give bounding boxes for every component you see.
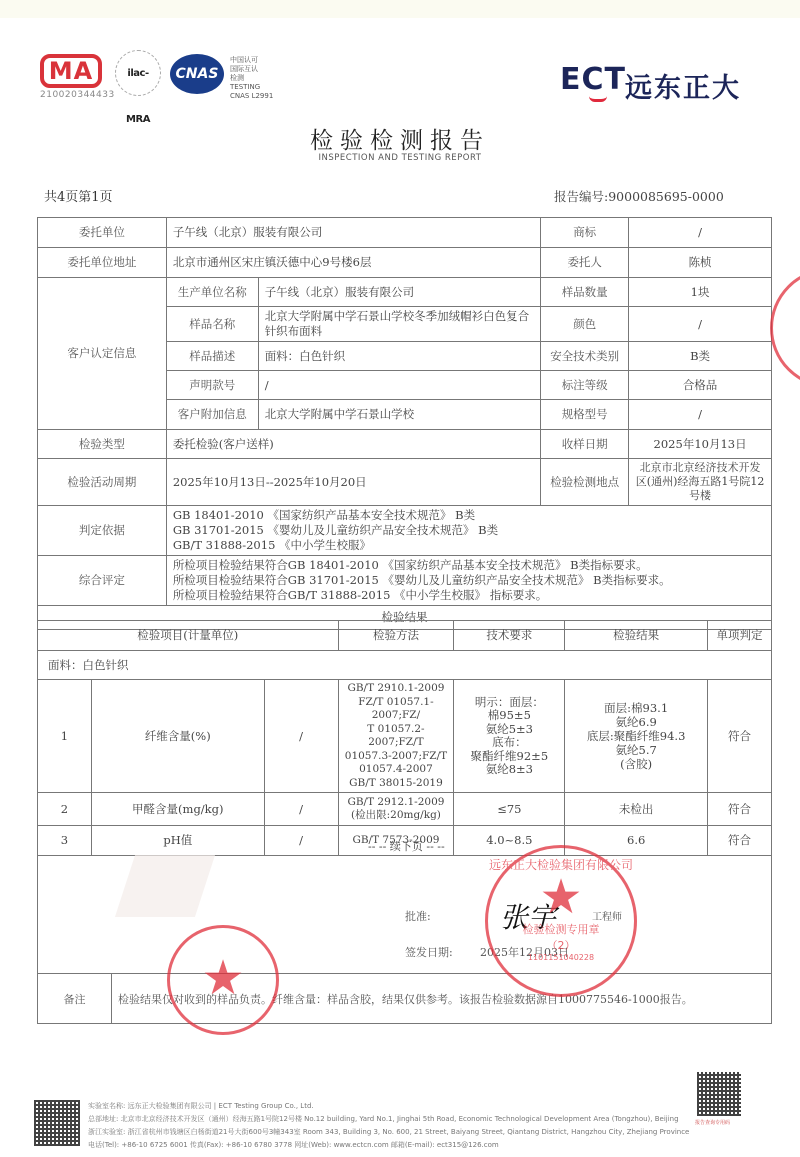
receive-date-label: 收样日期 xyxy=(541,430,629,459)
conclusion-label: 综合评定 xyxy=(38,556,167,606)
row-sub: / xyxy=(264,680,338,793)
color-label: 颜色 xyxy=(541,307,629,342)
info-table: 委托单位 子午线（北京）服装有限公司 商标 / 委托单位地址 北京市通州区宋庄镇… xyxy=(37,217,772,630)
grade-label: 标注等级 xyxy=(541,371,629,400)
secondary-seal-stamp: ★ xyxy=(167,925,279,1035)
basis-line: GB 31701-2015 《婴幼儿及儿童纺织产品安全技术规范》 B类 xyxy=(173,523,765,538)
req-line: 氨纶8±3 xyxy=(458,763,560,777)
table-row: 2 甲醛含量(mg/kg) / GB/T 2912.1-2009 (检出限:20… xyxy=(38,793,772,826)
quantity-value: 1块 xyxy=(629,278,772,307)
safety-category-label: 安全技术类别 xyxy=(541,342,629,371)
method-line: GB/T 38015-2019 xyxy=(343,777,450,791)
note-label: 备注 xyxy=(38,974,112,1024)
row-verdict: 符合 xyxy=(708,680,772,793)
req-line: 明示：面层： xyxy=(458,696,560,710)
row-sub: / xyxy=(264,793,338,826)
manufacturer-value: 子午线（北京）服装有限公司 xyxy=(258,278,541,307)
row-no: 2 xyxy=(38,793,92,826)
ilac-mra-logo: ilac-MRA xyxy=(115,50,161,96)
col-header-item: 检验项目(计量单位) xyxy=(38,621,339,651)
sample-desc-label: 样品描述 xyxy=(166,342,258,371)
method-line: GB/T 2910.1-2009 xyxy=(343,682,450,696)
result-line: 氨纶5.7 xyxy=(569,743,703,757)
qr-caption: 报告查询专用码 xyxy=(695,1119,730,1126)
req-line: 底布： xyxy=(458,736,560,750)
address-label: 委托单位地址 xyxy=(38,248,167,278)
footer-line: 浙江实验室: 浙江省杭州市钱塘区白杨街道21号大街600号3幢343室 Room… xyxy=(88,1127,689,1137)
report-subtitle: INSPECTION AND TESTING REPORT xyxy=(0,153,800,163)
result-line: 底层:聚酯纤维94.3 xyxy=(569,729,703,743)
footer-line: 总部地址: 北京市北京经济技术开发区（通州）经海五路1号院12号楼 No.12 … xyxy=(88,1114,679,1124)
requester-value: 陈桢 xyxy=(629,248,772,278)
page-info: 共4页第1页 xyxy=(44,186,113,205)
period-label: 检验活动周期 xyxy=(38,459,167,506)
note-table: 备注 检验结果仅对收到的样品负责。纤维含量：样品含胶，结果仅供参考。该报告检验数… xyxy=(37,973,772,1024)
continued-marker: -- -- 续下页 -- -- xyxy=(368,838,445,854)
group-label: 面料：白色针织 xyxy=(38,651,772,680)
method-line: T 01057.2-2007;FZ/T xyxy=(343,723,450,750)
cnas-logo: CNAS xyxy=(170,54,224,94)
star-icon: ★ xyxy=(170,954,276,1002)
method-line: (检出限:20mg/kg) xyxy=(343,809,450,823)
scan-top-band xyxy=(0,0,800,18)
row-item: 纤维含量(%) xyxy=(91,680,264,793)
star-icon: ★ xyxy=(488,873,634,921)
report-number: 报告编号:9000085695-0000 xyxy=(554,187,724,205)
method-line: GB/T 2912.1-2009 xyxy=(343,796,450,810)
requester-label: 委托人 xyxy=(541,248,629,278)
cma-code: 210020344433 xyxy=(40,90,115,100)
style-no-value: / xyxy=(258,371,541,400)
color-value: / xyxy=(629,307,772,342)
stamp-number: （2） xyxy=(488,937,634,953)
ect-brand-cn: 远东正大 xyxy=(625,66,741,105)
ect-smile-icon xyxy=(589,96,607,102)
ect-logo: ECT xyxy=(560,62,626,97)
results-table: 检验项目(计量单位) 检验方法 技术要求 检验结果 单项判定 面料：白色针织 1… xyxy=(37,620,772,856)
spec-value: / xyxy=(629,400,772,430)
grade-value: 合格品 xyxy=(629,371,772,400)
sample-name-label: 样品名称 xyxy=(166,307,258,342)
stamp-code: 1101151040228 xyxy=(488,953,634,962)
row-requirement: ≤75 xyxy=(454,793,565,826)
address-value: 北京市通州区宋庄镇沃德中心9号楼6层 xyxy=(166,248,540,278)
row-method: GB/T 2910.1-2009 FZ/T 01057.1-2007;FZ/ T… xyxy=(338,680,454,793)
spec-label: 规格型号 xyxy=(541,400,629,430)
inspection-seal-stamp: 远东正大检验集团有限公司 ★ 检验检测专用章 （2） 1101151040228 xyxy=(485,845,637,997)
test-type-label: 检验类型 xyxy=(38,430,167,459)
cnas-text-line: CNAS L2991 xyxy=(230,92,273,101)
row-no: 1 xyxy=(38,680,92,793)
method-line: 01057.4-2007 xyxy=(343,763,450,777)
row-result: 面层:棉93.1 氨纶6.9 底层:聚酯纤维94.3 氨纶5.7 (含胶) xyxy=(565,680,708,793)
col-header-method: 检验方法 xyxy=(338,621,454,651)
result-line: 面层:棉93.1 xyxy=(569,701,703,715)
col-header-result: 检验结果 xyxy=(565,621,708,651)
conclusion-line: 所检项目检验结果符合GB 31701-2015 《婴幼儿及儿童纺织产品安全技术规… xyxy=(173,573,765,588)
cnas-text-line: 国际互认 xyxy=(230,65,273,74)
cnas-text: 中国认可 国际互认 检测 TESTING CNAS L2991 xyxy=(230,56,273,101)
conclusion-value: 所检项目检验结果符合GB 18401-2010 《国家纺织产品基本安全技术规范》… xyxy=(166,556,771,606)
client-label: 委托单位 xyxy=(38,218,167,248)
req-line: 聚酯纤维92±5 xyxy=(458,750,560,764)
report-query-qr-icon xyxy=(697,1072,741,1116)
stamp-center-text: 检验检测专用章 xyxy=(488,921,634,937)
test-type-value: 委托检验(客户送样) xyxy=(166,430,540,459)
report-title: 检验检测报告 xyxy=(0,122,800,155)
period-value: 2025年10月13日--2025年10月20日 xyxy=(166,459,540,506)
cnas-text-line: 中国认可 xyxy=(230,56,273,65)
cma-logo: MA xyxy=(40,54,102,88)
cnas-text-line: TESTING xyxy=(230,83,273,92)
result-line: 氨纶6.9 xyxy=(569,715,703,729)
table-row: 1 纤维含量(%) / GB/T 2910.1-2009 FZ/T 01057.… xyxy=(38,680,772,793)
conclusion-line: 所检项目检验结果符合GB 18401-2010 《国家纺织产品基本安全技术规范》… xyxy=(173,558,765,573)
row-result: 未检出 xyxy=(565,793,708,826)
trademark-label: 商标 xyxy=(541,218,629,248)
req-line: 氨纶5±3 xyxy=(458,723,560,737)
qr-code-icon xyxy=(34,1100,80,1146)
client-value: 子午线（北京）服装有限公司 xyxy=(166,218,540,248)
sample-desc-value: 面料：白色针织 xyxy=(258,342,541,371)
receive-date-value: 2025年10月13日 xyxy=(629,430,772,459)
req-line: 棉95±5 xyxy=(458,709,560,723)
basis-label: 判定依据 xyxy=(38,506,167,556)
row-method: GB/T 2912.1-2009 (检出限:20mg/kg) xyxy=(338,793,454,826)
style-no-label: 声明款号 xyxy=(166,371,258,400)
footer-line: 实验室名称: 远东正大检验集团有限公司 | ECT Testing Group … xyxy=(88,1101,314,1111)
row-requirement: 明示：面层： 棉95±5 氨纶5±3 底布： 聚酯纤维92±5 氨纶8±3 xyxy=(454,680,565,793)
manufacturer-label: 生产单位名称 xyxy=(166,278,258,307)
conclusion-line: 所检项目检验结果符合GB/T 31888-2015 《中小学生校服》 指标要求。 xyxy=(173,588,765,603)
edge-seal-stamp xyxy=(770,268,800,388)
sample-name-value: 北京大学附属中学石景山学校冬季加绒帽衫白色复合针织布面料 xyxy=(258,307,541,342)
approve-label: 批准: xyxy=(405,908,431,924)
col-header-verdict: 单项判定 xyxy=(708,621,772,651)
method-line: 01057.3-2007;FZ/T xyxy=(343,750,450,764)
issue-date-label: 签发日期: xyxy=(405,944,453,960)
basis-line: GB/T 31888-2015 《中小学生校服》 xyxy=(173,538,765,553)
extra-info-value: 北京大学附属中学石景山学校 xyxy=(258,400,541,430)
basis-line: GB 18401-2010 《国家纺织产品基本安全技术规范》 B类 xyxy=(173,508,765,523)
row-verdict: 符合 xyxy=(708,793,772,826)
basis-value: GB 18401-2010 《国家纺织产品基本安全技术规范》 B类 GB 317… xyxy=(166,506,771,556)
extra-info-label: 客户附加信息 xyxy=(166,400,258,430)
row-item: 甲醛含量(mg/kg) xyxy=(91,793,264,826)
quantity-label: 样品数量 xyxy=(541,278,629,307)
footer-line: 电话(Tel): +86-10 6725 6001 传真(Fax): +86-1… xyxy=(88,1140,499,1150)
trademark-value: / xyxy=(629,218,772,248)
col-header-requirement: 技术要求 xyxy=(454,621,565,651)
result-line: (含胶) xyxy=(569,757,703,771)
method-line: FZ/T 01057.1-2007;FZ/ xyxy=(343,696,450,723)
cnas-text-line: 检测 xyxy=(230,74,273,83)
safety-category-value: B类 xyxy=(629,342,772,371)
customer-info-label: 客户认定信息 xyxy=(38,278,167,430)
location-label: 检验检测地点 xyxy=(541,459,629,506)
location-value: 北京市北京经济技术开发区(通州)经海五路1号院12号楼 xyxy=(629,459,772,506)
